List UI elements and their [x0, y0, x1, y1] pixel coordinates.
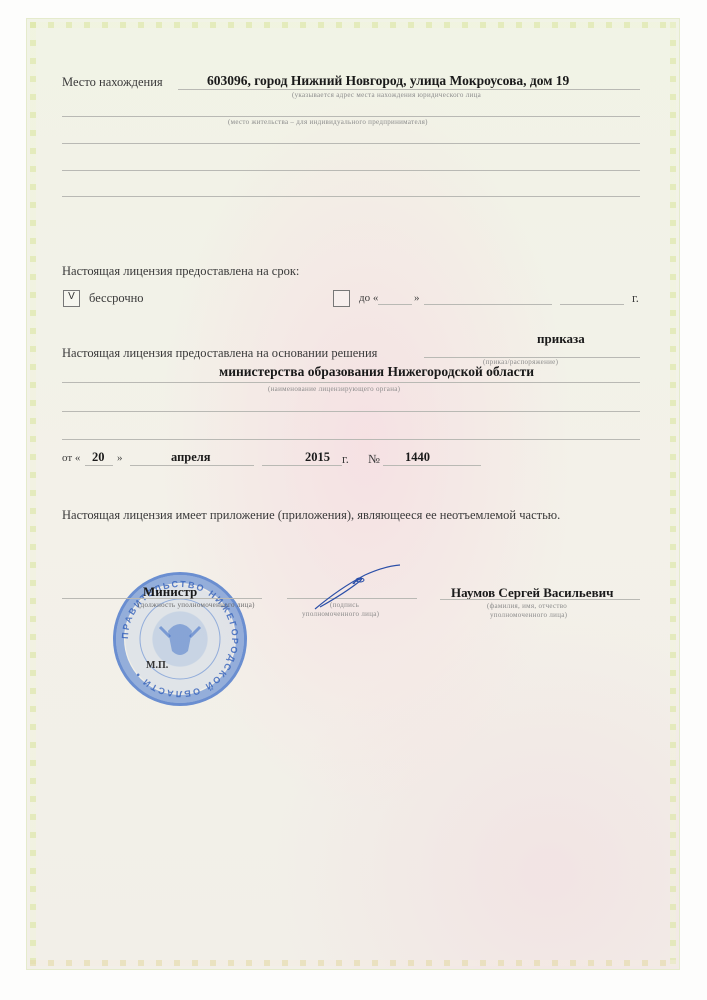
- blank-line-2: [62, 170, 640, 171]
- name-hint-1: (фамилия, имя, отчество: [487, 602, 567, 610]
- until-year-suffix: г.: [632, 291, 639, 306]
- blank-line-1: [62, 143, 640, 144]
- signature-hint-1: (подпись: [330, 601, 359, 609]
- blank-line-5: [62, 439, 640, 440]
- until-day-line[interactable]: [378, 304, 412, 305]
- basis-label: Настоящая лицензия предоставлена на осно…: [62, 346, 377, 361]
- blank-line-4: [62, 411, 640, 412]
- address-line-2: [62, 116, 640, 117]
- until-year-line[interactable]: [560, 304, 624, 305]
- authority-hint: (наименование лицензирующего органа): [268, 385, 400, 393]
- date-year-suffix: г.: [342, 452, 349, 467]
- document-type-value: приказа: [537, 331, 585, 347]
- address-hint-individual: (место жительства – для индивидуального …: [228, 118, 428, 126]
- name-line: [440, 599, 640, 600]
- date-prefix: от «: [62, 452, 80, 464]
- position-hint: (должность уполномоченного лица): [138, 601, 268, 610]
- signature-hint-2: уполномоченного лица): [302, 610, 379, 618]
- until-month-line[interactable]: [424, 304, 552, 305]
- unlimited-label: бессрочно: [89, 291, 144, 306]
- name-hint-2: уполномоченного лица): [490, 611, 567, 619]
- position-value: Министр: [143, 584, 197, 600]
- date-day-line: [85, 465, 113, 466]
- date-year-line: [262, 465, 342, 466]
- appendix-note: Настоящая лицензия имеет приложение (при…: [62, 508, 560, 523]
- authority-value: министерства образования Нижегородской о…: [219, 364, 534, 380]
- until-checkbox[interactable]: [333, 290, 350, 307]
- decision-number: 1440: [405, 450, 430, 465]
- license-sheet: [26, 18, 680, 970]
- until-quote-close: »: [414, 292, 420, 304]
- address-value: 603096, город Нижний Новгород, улица Мок…: [207, 73, 569, 89]
- seal-mark: М.П.: [146, 660, 168, 671]
- term-label: Настоящая лицензия предоставлена на срок…: [62, 264, 299, 279]
- decorative-border: [30, 22, 676, 966]
- blank-line-3: [62, 196, 640, 197]
- number-line: [383, 465, 481, 466]
- address-label: Место нахождения: [62, 75, 163, 90]
- date-day: 20: [92, 450, 105, 465]
- unlimited-checkbox[interactable]: V: [63, 290, 80, 307]
- date-month-line: [130, 465, 254, 466]
- number-label: №: [368, 452, 380, 467]
- until-prefix: до «: [359, 292, 378, 304]
- address-hint-legal: (указывается адрес места нахождения юрид…: [292, 91, 481, 99]
- date-year: 2015: [305, 450, 330, 465]
- date-month: апреля: [171, 450, 211, 465]
- address-line: [178, 89, 640, 90]
- date-quote-close: »: [117, 452, 123, 464]
- authority-line: [62, 382, 640, 383]
